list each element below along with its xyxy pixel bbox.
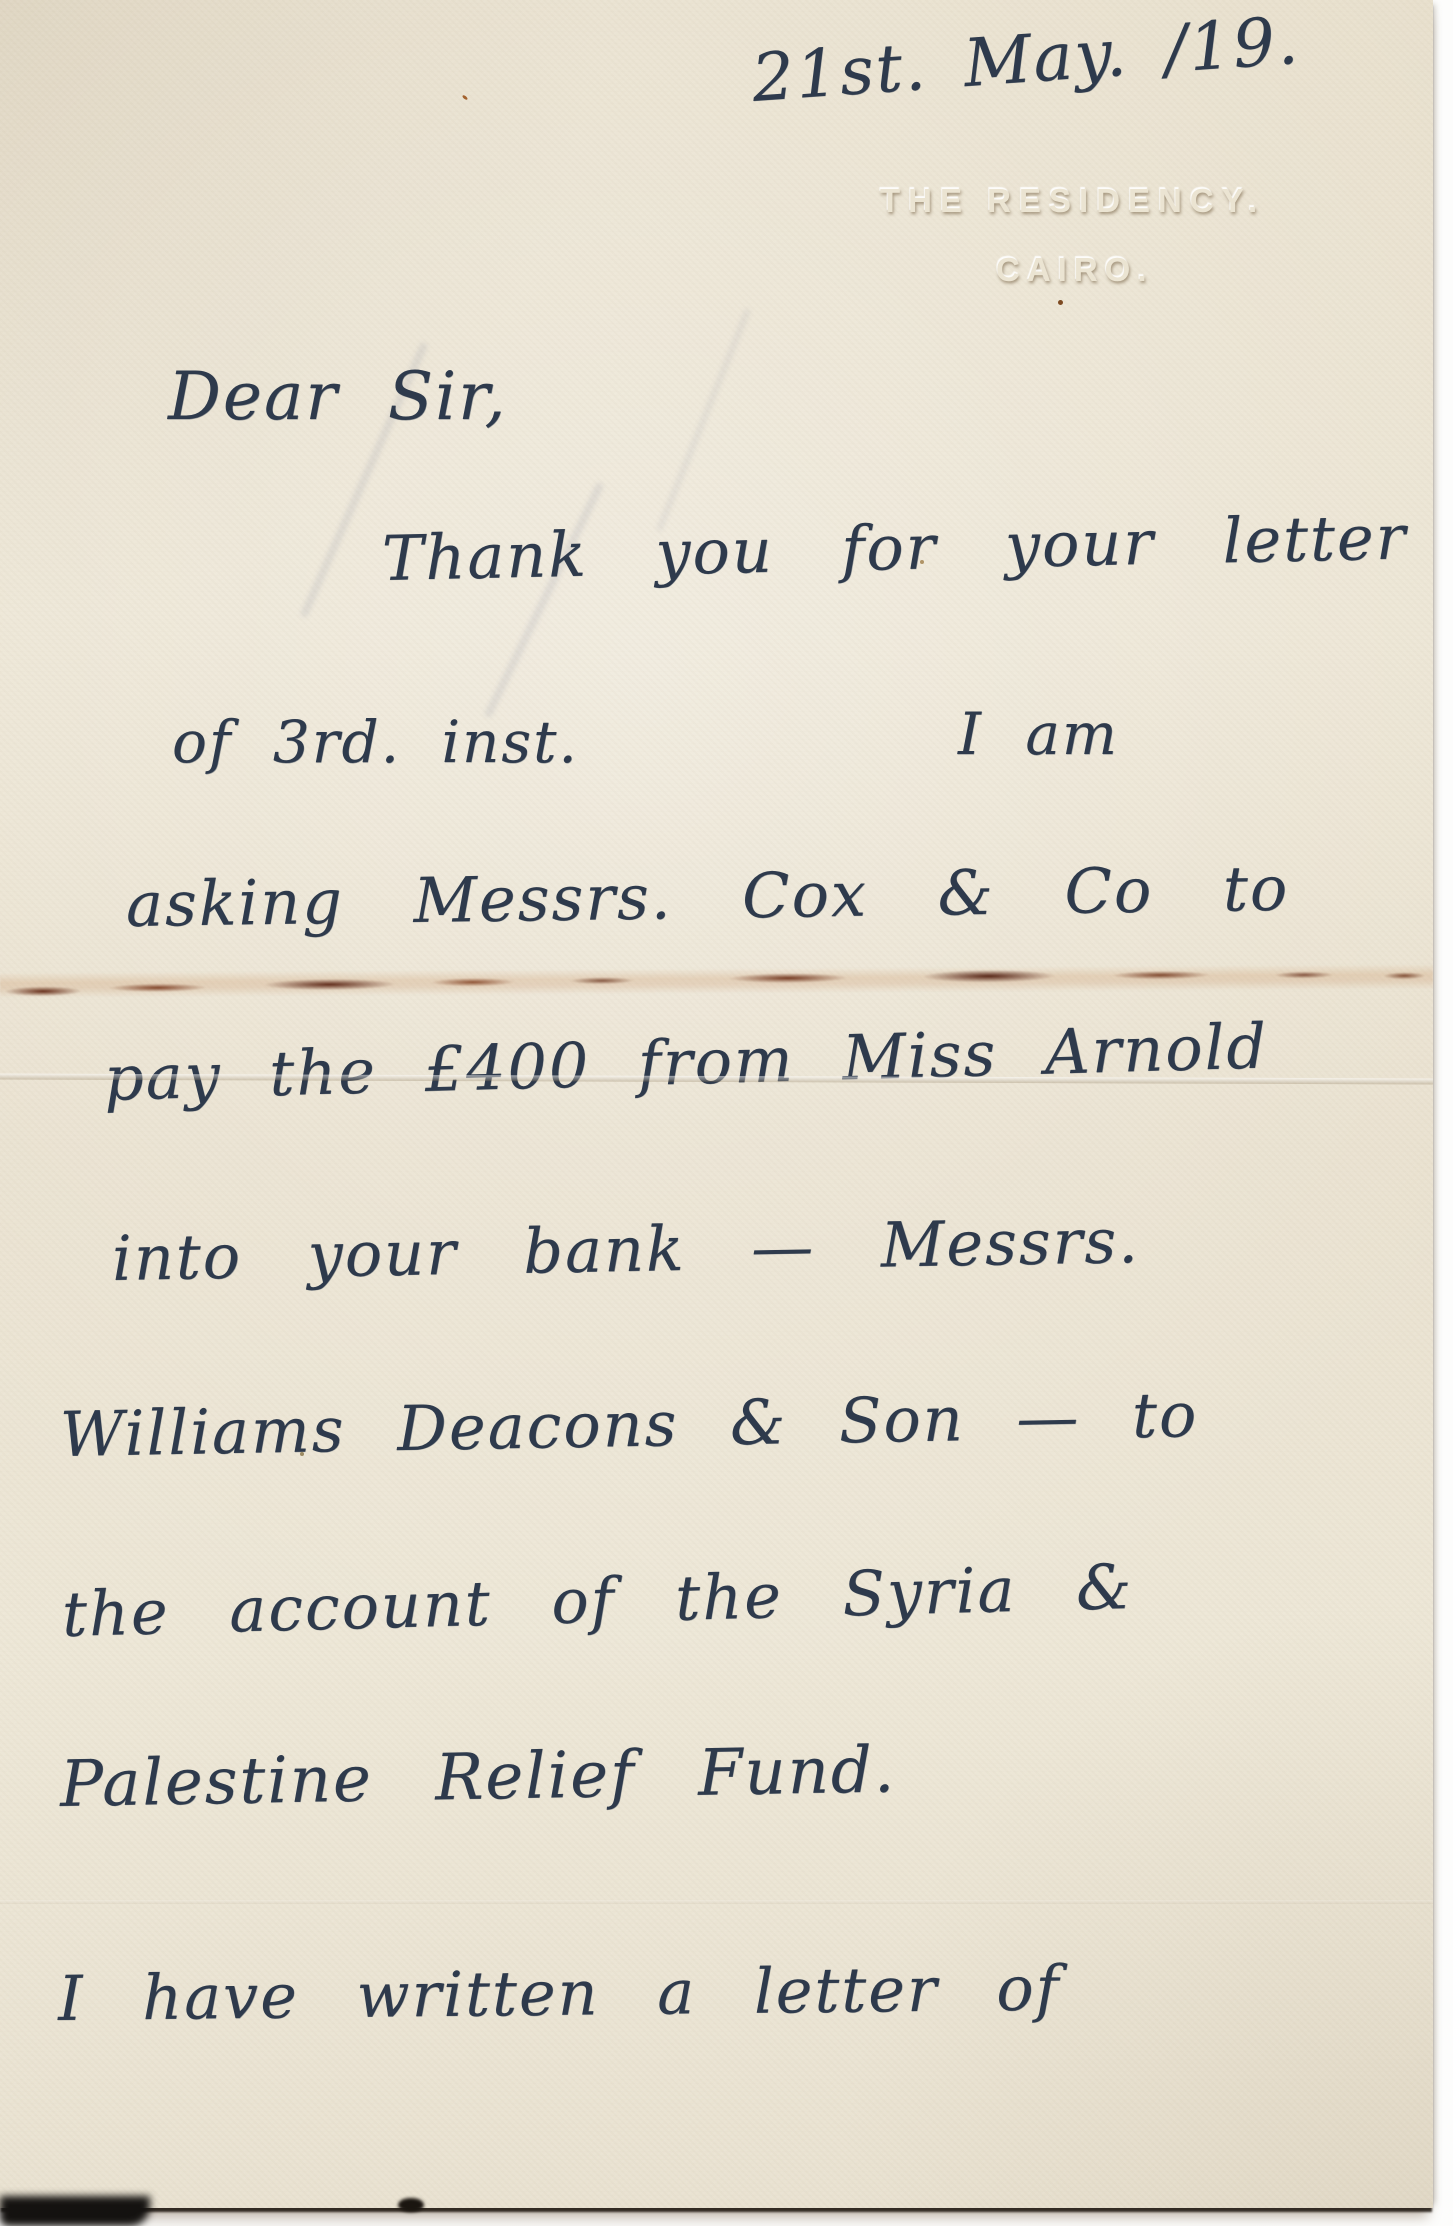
- fold-crease-lower: [0, 1900, 1433, 1904]
- paper-edge-notch: [398, 2198, 424, 2212]
- body-line-9: I have written a letter of: [58, 1952, 1061, 2035]
- letter-paper: THE RESIDENCY. CAIRO. 21st. May. /19. De…: [0, 0, 1433, 2208]
- body-line-8: Palestine Relief Fund.: [59, 1733, 896, 1822]
- scan-shadow-bottom-left: [0, 2196, 150, 2226]
- paper-speck: [300, 1452, 304, 1456]
- body-line-2a: of 3rd. inst.: [172, 708, 579, 776]
- letterhead-residency: THE RESIDENCY.: [880, 182, 1265, 220]
- letterhead-cairo: CAIRO.: [996, 251, 1154, 289]
- body-line-2b: I am: [958, 700, 1119, 768]
- paper-speck: [920, 560, 924, 564]
- paper-speck: [1058, 300, 1063, 305]
- salutation: Dear Sir,: [168, 358, 507, 435]
